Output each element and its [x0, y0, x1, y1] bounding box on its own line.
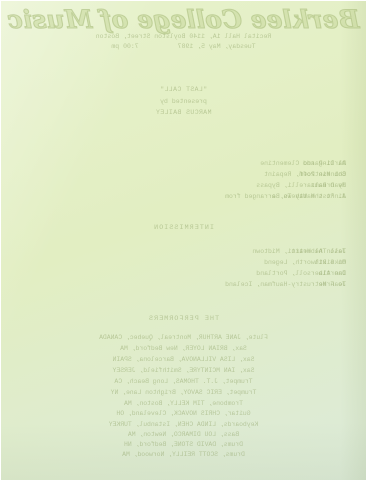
- performer-line: Bass, LOU DIMARCO, Newton, MA: [1, 432, 366, 438]
- piece-credit: Mike Dilworth, Legend: [264, 260, 346, 267]
- piece-credit: Al Di-Pardo: [303, 161, 346, 168]
- piece-credit: Jean Metrustry-Haufman, Iceland: [225, 282, 346, 289]
- piece-credit: Jean Balzarelli, Bypass: [256, 183, 346, 190]
- performer-line: Drums, DAVID STONE, Bedford, NH: [1, 442, 366, 448]
- piece-credit: Jason Albertini, Midtown: [252, 249, 346, 256]
- presenter-name: MARCUS BAILEY: [1, 110, 366, 117]
- intermission-heading: INTERMISSION: [1, 225, 366, 232]
- performer-line: Trumpet, J.T. THOMAS, Long Beach, CA: [1, 379, 366, 385]
- performer-line: Sax, BRIAN LOYER, New Bedford, MA: [1, 346, 366, 352]
- presented-by-label: presented by: [1, 99, 366, 106]
- performer-line: Guitar, CHRIS NOVACK, Cleveland, OH: [1, 411, 366, 417]
- performer-line: Trombone, TIM KELLY, Boston, MA: [1, 401, 366, 407]
- performer-line: Keyboards, LINDA CHEN, Istanbul, TURKEY: [1, 422, 366, 428]
- performer-line: Trumpet, ERIC SAVOY, Brighton Lane, NY: [1, 390, 366, 396]
- berklee-logo-ghost: Berklee College of Music: [1, 7, 366, 32]
- green-paper-page: Berklee College of Music Recital Hall 1A…: [1, 1, 366, 480]
- piece-credit: J. Ross Matthews, arranged from: [225, 194, 346, 201]
- mirrored-bleedthrough-layer: Berklee College of Music Recital Hall 1A…: [1, 1, 366, 480]
- performer-line: Flute, JANE ARTHUR, Montreal, Quebec, CA…: [1, 335, 366, 341]
- recital-title: "LAST CALL": [1, 87, 366, 94]
- performer-line: Drums, SCOTT REILLY, Norwood, MA: [1, 452, 366, 458]
- piece-credit: Bob Mintzoff, Repaint: [264, 172, 346, 179]
- performers-heading: THE PERFORMERS: [1, 316, 366, 323]
- performer-line: Sax, LISA VILLANOVA, Barcelona, SPAIN: [1, 357, 366, 363]
- performer-line: Sax, IAN MCINTYRE, Smithfield, JERSEY: [1, 368, 366, 374]
- date-time-line: Tuesday, May 5, 1987 7:00 pm: [1, 44, 366, 51]
- venue-address-line: Recital Hall 1A, 1140 Boylston Street, B…: [1, 34, 366, 41]
- scanned-program-page: { "page": { "paper_color": "#e2eec4", "i…: [0, 0, 366, 480]
- piece-credit: Dan Albersoll, Portland: [256, 271, 346, 278]
